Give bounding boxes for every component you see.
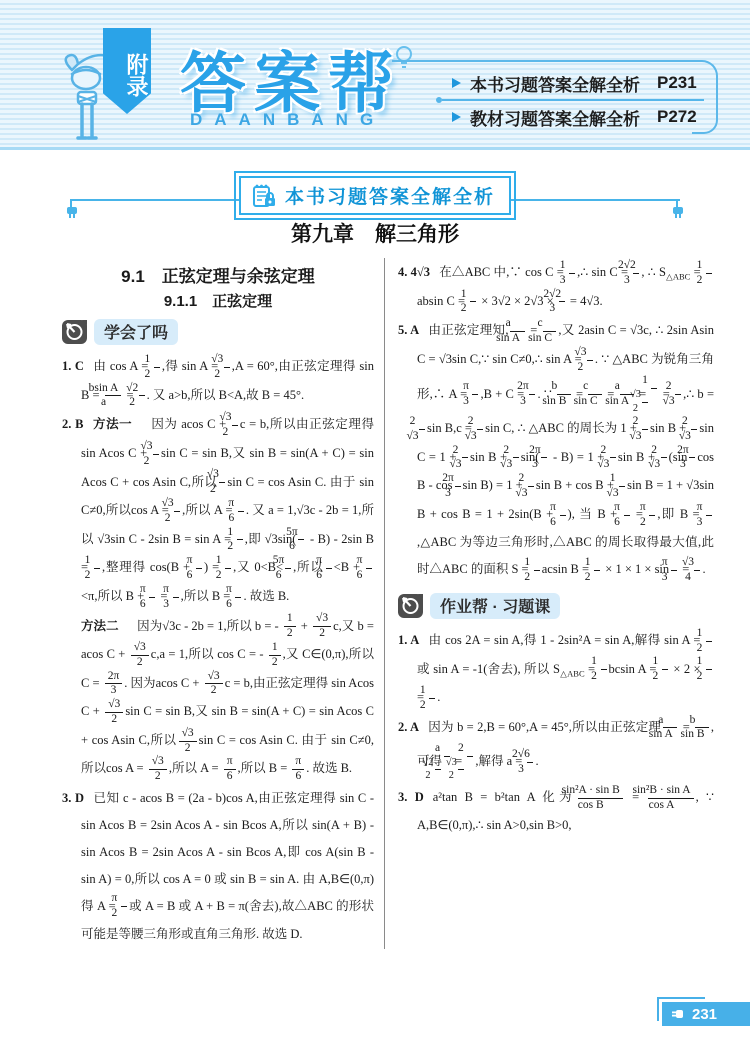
toc-row-textbook: 教材习题答案全解全析 P272 (452, 104, 708, 130)
item-body: 在△ABC 中,∵ cos C = 13,∴ sin C = 2√23, ∴ S… (417, 265, 714, 308)
right-column: 4. 4√3在△ABC 中,∵ cos C = 13,∴ sin C = 2√2… (384, 258, 714, 949)
item-label: 1. A (398, 633, 419, 647)
dart-target-icon (398, 593, 424, 619)
toc-label: 教材习题答案全解全析 (470, 105, 640, 130)
section-banner: 本书习题答案全解全析 (239, 176, 511, 215)
toc-page-number: P231 (657, 73, 697, 93)
item-body: a²tan B = b²tan A 化为sin²A · sin Bcos B =… (417, 790, 714, 832)
plug-icon (66, 201, 78, 219)
banner-title: 本书习题答案全解全析 (285, 182, 495, 209)
item-label: 3. D (398, 790, 424, 804)
solution-item: 1. C由 cos A = 12,得 sin A = √32,A = 60°,由… (62, 353, 374, 410)
item-label: 5. A (398, 323, 419, 337)
page-header: 附录 答案帮 DAANBANG 本书习题答案全解全析 P231 教材习题答案全解… (0, 0, 750, 150)
item-body: 由 cos A = 12,得 sin A = √32,A = 60°,由正弦定理… (81, 359, 374, 402)
toc-separator (442, 99, 704, 101)
item-body: 方法二 因为√3c - 2b = 1,所以 b = - 12 + √32c,又 … (81, 619, 374, 776)
notebook-lock-icon (251, 183, 277, 209)
brand-subtitle: DAANBANG (190, 110, 385, 130)
solution-item: 2. A因为 b = 2,B = 60°,A = 45°,所以由正弦定理asin… (398, 714, 714, 783)
dart-target-icon (62, 319, 88, 345)
header-toc: 本书习题答案全解全析 P231 教材习题答案全解全析 P272 (452, 70, 708, 130)
item-label: 3. D (62, 791, 84, 805)
solution-item: 3. Da²tan B = b²tan A 化为sin²A · sin Bcos… (398, 784, 714, 839)
play-arrow-icon (452, 78, 461, 88)
item-label: 2. A (398, 720, 419, 734)
badge-label: 作业帮 · 习题课 (430, 593, 560, 619)
page-number: 231 (692, 1006, 717, 1023)
solution-item: 5. A由正弦定理知,asin A = csin C,又 2asin C = √… (398, 317, 714, 585)
badge-label: 学会了吗 (94, 319, 178, 345)
learned-badge: 学会了吗 (62, 319, 374, 345)
item-body: 已知 c - acos B = (2a - b)cos A,由正弦定理得 sin… (81, 791, 374, 941)
page-number-badge: 231 (662, 1002, 750, 1026)
item-body: 由 cos 2A = sin A,得 1 - 2sin²A = sin A,解得… (417, 633, 714, 704)
homework-badge: 作业帮 · 习题课 (398, 593, 714, 619)
solution-item: 4. 4√3在△ABC 中,∵ cos C = 13,∴ sin C = 2√2… (398, 259, 714, 316)
solution-item: 1. A由 cos 2A = sin A,得 1 - 2sin²A = sin … (398, 627, 714, 713)
item-label: 2. B (62, 417, 83, 431)
solution-item: 3. D已知 c - acos B = (2a - b)cos A,由正弦定理得… (62, 785, 374, 948)
section-heading: 9.1 正弦定理与余弦定理 (62, 262, 374, 287)
item-body: 由正弦定理知,asin A = csin C,又 2asin C = √3c, … (417, 323, 714, 576)
item-label: 4. 4√3 (398, 265, 430, 279)
left-column: 9.1 正弦定理与余弦定理 9.1.1 正弦定理 学会了吗 1. C由 cos … (62, 258, 374, 949)
textbook-answer-page: 附录 答案帮 DAANBANG 本书习题答案全解全析 P231 教材习题答案全解… (0, 0, 750, 1052)
item-label: 1. C (62, 359, 84, 373)
solution-item: 2. B方法一 因为 acos C + √32c = b,所以由正弦定理得 si… (62, 411, 374, 611)
toc-page-number: P272 (657, 107, 697, 127)
item-body: 因为 b = 2,B = 60°,A = 45°,所以由正弦定理asin A =… (417, 720, 714, 769)
toc-label: 本书习题答案全解全析 (470, 71, 640, 96)
solution-item: 方法二 因为√3c - 2b = 1,所以 b = - 12 + √32c,又 … (62, 612, 374, 784)
toc-row-book: 本书习题答案全解全析 P231 (452, 70, 708, 96)
play-arrow-icon (452, 112, 461, 122)
plug-icon (671, 1009, 685, 1019)
item-body: 方法一 因为 acos C + √32c = b,所以由正弦定理得 sin Ac… (81, 417, 374, 603)
content-columns: 9.1 正弦定理与余弦定理 9.1.1 正弦定理 学会了吗 1. C由 cos … (0, 258, 750, 949)
subsection-heading: 9.1.1 正弦定理 (62, 290, 374, 311)
plug-icon (672, 201, 684, 219)
